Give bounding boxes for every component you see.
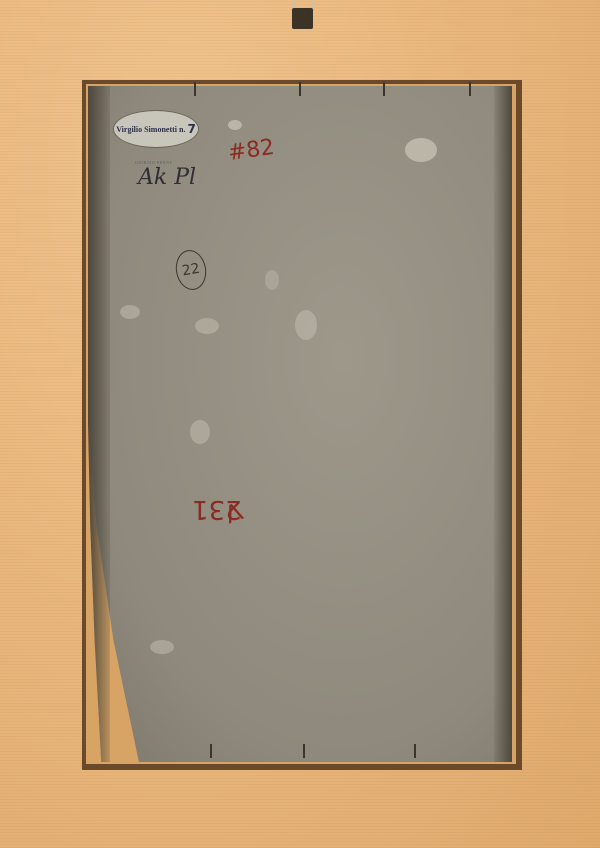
nail-top xyxy=(383,82,385,96)
hanger-icon xyxy=(291,0,315,30)
board-shadow-right xyxy=(494,86,512,762)
stain xyxy=(150,640,174,654)
stain xyxy=(265,270,279,290)
stain xyxy=(228,120,242,130)
nail-bottom xyxy=(414,744,416,758)
stain xyxy=(120,305,140,319)
nail-top xyxy=(469,82,471,96)
nail-bottom xyxy=(303,744,305,758)
label-number: 7 xyxy=(187,122,195,136)
stain xyxy=(195,318,219,334)
label-text: Virgilio Simonetti n. xyxy=(116,125,185,134)
nail-bottom xyxy=(210,744,212,758)
signature: Ak Pl xyxy=(138,165,196,190)
circled-number-text: 22 xyxy=(181,261,201,280)
hanger-plate xyxy=(292,8,313,29)
stain xyxy=(190,420,210,444)
nail-top xyxy=(299,82,301,96)
stain xyxy=(295,310,317,340)
stain xyxy=(405,138,437,162)
nail-top xyxy=(194,82,196,96)
collection-label: Virgilio Simonetti n. 7 xyxy=(113,110,199,148)
